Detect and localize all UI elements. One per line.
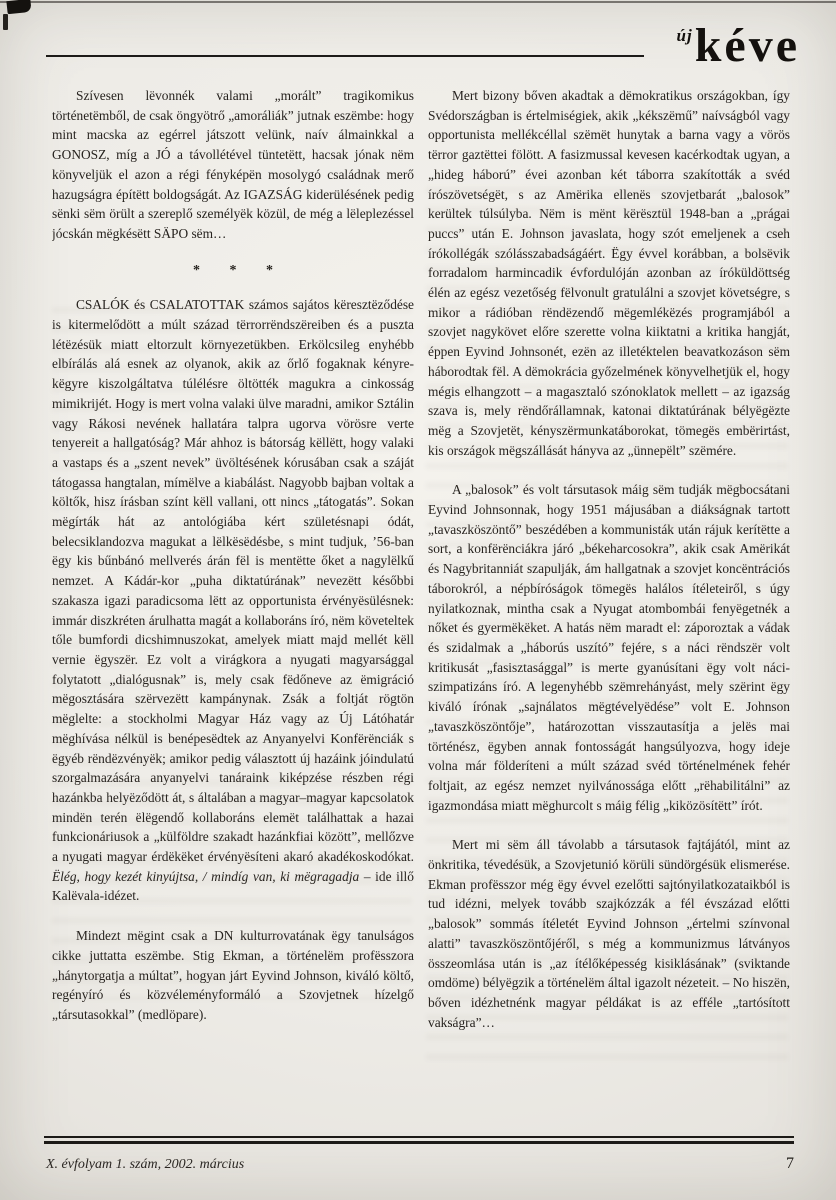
logo-prefix: új	[677, 26, 693, 45]
paragraph: Mert bizony bőven akadtak a dëmokratikus…	[428, 86, 790, 460]
scan-artifact-left-edge	[3, 14, 8, 30]
paragraph: Szívesen lëvonnék valami „morált” tragik…	[52, 86, 414, 244]
scanned-page: újkéve Szívesen lëvonnék valami „morált”…	[0, 0, 836, 1200]
section-separator: * * *	[52, 261, 414, 281]
logo-word: kéve	[695, 19, 800, 72]
right-column: Mert bizony bőven akadtak a dëmokratikus…	[428, 86, 790, 1132]
paragraph: A „balosok” és volt társutasok máig sëm …	[428, 480, 790, 815]
magazine-logo: újkéve	[677, 18, 801, 73]
left-column: Szívesen lëvonnék valami „morált” tragik…	[52, 86, 414, 1132]
header-rule	[46, 55, 644, 57]
page-footer: X. évfolyam 1. szám, 2002. március 7	[46, 1155, 794, 1173]
paragraph: Mindezt mëgint csak a DN kulturrovatának…	[52, 926, 414, 1025]
page-number: 7	[786, 1155, 794, 1173]
footer-rule	[44, 1136, 794, 1144]
kalevala-quote: Ëlég, hogy kezét kinyújtsa, / mindíg van…	[52, 869, 359, 884]
footer-issue: X. évfolyam 1. szám, 2002. március	[46, 1157, 244, 1173]
scan-artifact-corner	[6, 0, 31, 14]
paragraph: CSALÓK és CSALATOTTAK számos sajátos kër…	[52, 295, 414, 906]
paragraph: Mert mi sëm áll távolabb a társutasok fa…	[428, 835, 790, 1032]
paragraph-text: CSALÓK és CSALATOTTAK számos sajátos kër…	[52, 297, 414, 864]
article-body: Szívesen lëvonnék valami „morált” tragik…	[52, 86, 790, 1132]
scan-artifact-top-edge	[0, 1, 836, 3]
